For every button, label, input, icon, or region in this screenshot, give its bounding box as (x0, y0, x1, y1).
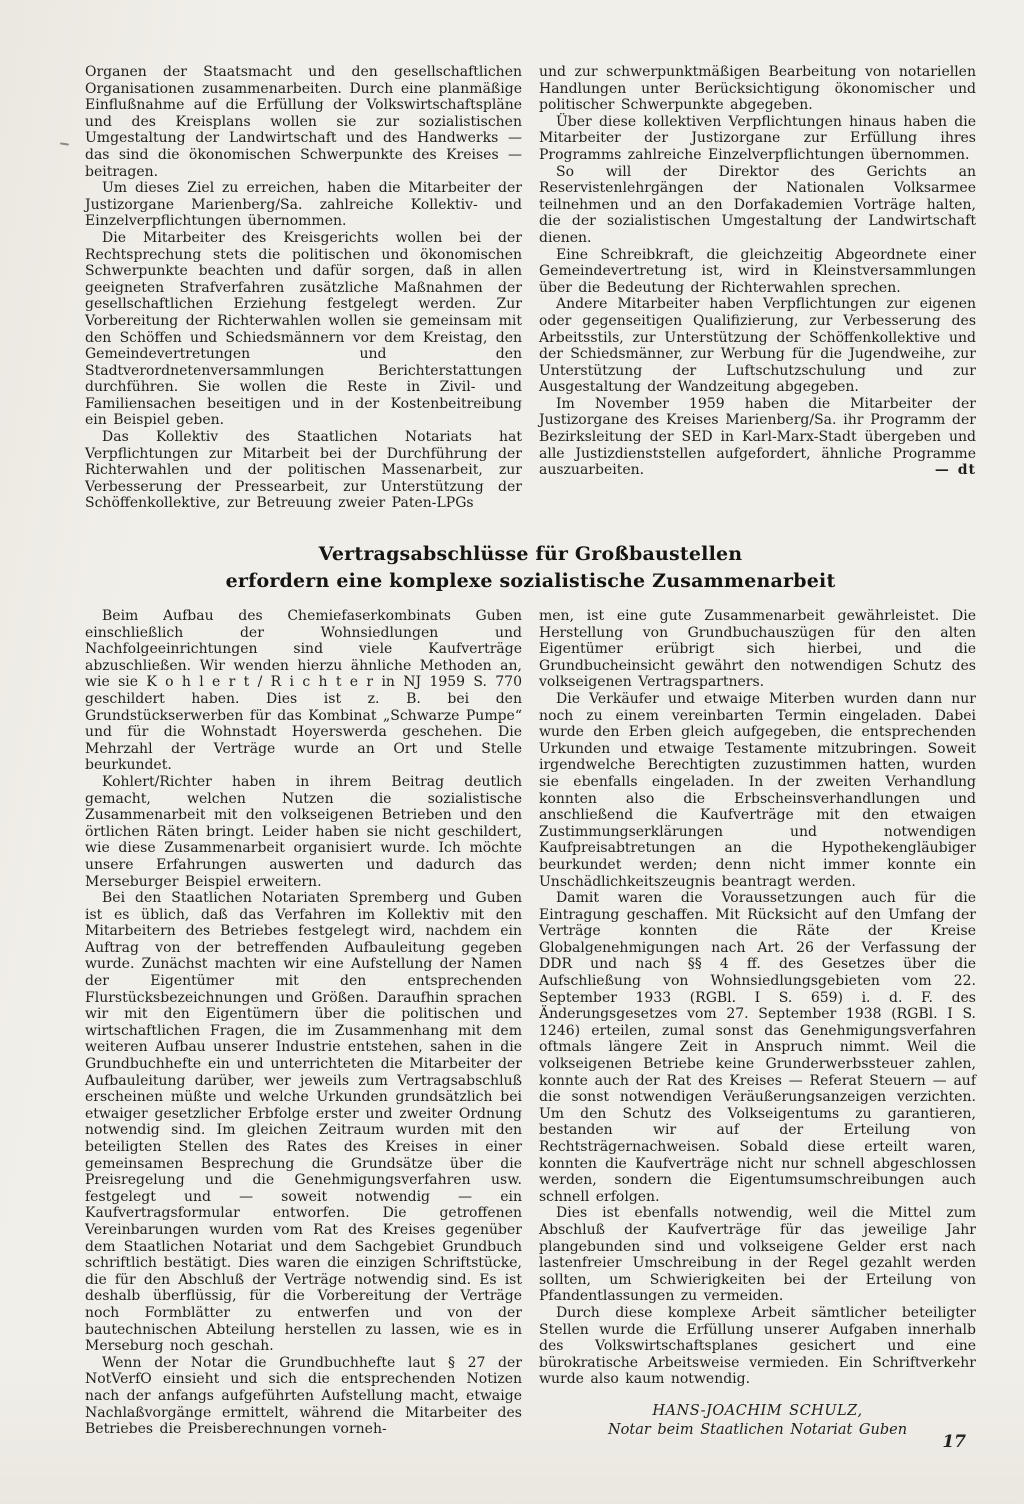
paragraph: Das Kollektiv des Staatlichen Notariats … (85, 429, 522, 512)
page-number: 17 (942, 1432, 966, 1452)
paragraph: Um dieses Ziel zu erreichen, haben die M… (85, 180, 522, 230)
article-title-line2: erfordern eine komplexe sozialistische Z… (85, 568, 976, 595)
paragraph: Die Verkäufer und etwaige Miterben wurde… (539, 691, 976, 890)
journal-page: Organen der Staatsmacht und den gesellsc… (0, 0, 1024, 1504)
paragraph: Wenn der Notar die Grundbuchhefte laut §… (85, 1355, 522, 1438)
author-name: HANS-JOACHIM SCHULZ, (539, 1402, 976, 1421)
paragraph: Damit waren die Voraussetzungen auch für… (539, 890, 976, 1205)
paragraph-with-byline: Im November 1959 haben die Mitarbeiter d… (539, 396, 976, 479)
article2-left-column: Beim Aufbau des Chemiefaserkombinats Gub… (85, 608, 522, 1438)
article1-left-column: Organen der Staatsmacht und den gesellsc… (85, 64, 522, 512)
paragraph: Bei den Staatlichen Notariaten Spremberg… (85, 890, 522, 1355)
paragraph: und zur schwerpunktmäßigen Bearbeitung v… (539, 64, 976, 114)
paragraph: Eine Schreibkraft, die gleichzeitig Abge… (539, 247, 976, 297)
paragraph: Beim Aufbau des Chemiefaserkombinats Gub… (85, 608, 522, 774)
article1-right-column: und zur schwerpunktmäßigen Bearbeitung v… (539, 64, 976, 479)
paragraph: Dies ist ebenfalls notwendig, weil die M… (539, 1205, 976, 1305)
paragraph: Organen der Staatsmacht und den gesellsc… (85, 64, 522, 180)
article-title-line1: Vertragsabschlüsse für Großbaustellen (85, 541, 976, 568)
article2-right-column: men, ist eine gute Zusammenarbeit gewähr… (539, 608, 976, 1440)
author-initials: — dt (918, 462, 976, 479)
paragraph: Durch diese komplexe Arbeit sämtlicher b… (539, 1305, 976, 1388)
paragraph: Andere Mitarbeiter haben Verpflichtungen… (539, 296, 976, 396)
scan-artifact (60, 142, 69, 145)
paragraph: men, ist eine gute Zusammenarbeit gewähr… (539, 608, 976, 691)
paragraph: So will der Direktor des Gerichts an Res… (539, 164, 976, 247)
author-role: Notar beim Staatlichen Notariat Guben (539, 1421, 976, 1440)
paragraph: Kohlert/Richter haben in ihrem Beitrag d… (85, 774, 522, 890)
author-signature: HANS-JOACHIM SCHULZ, Notar beim Staatlic… (539, 1402, 976, 1440)
paragraph: Die Mitarbeiter des Kreisgerichts wollen… (85, 230, 522, 429)
paragraph: Über diese kollektiven Verpflichtungen h… (539, 114, 976, 164)
article-title: Vertragsabschlüsse für Großbaustellen er… (85, 541, 976, 595)
paragraph-text: Im November 1959 haben die Mitarbeiter d… (539, 396, 976, 478)
